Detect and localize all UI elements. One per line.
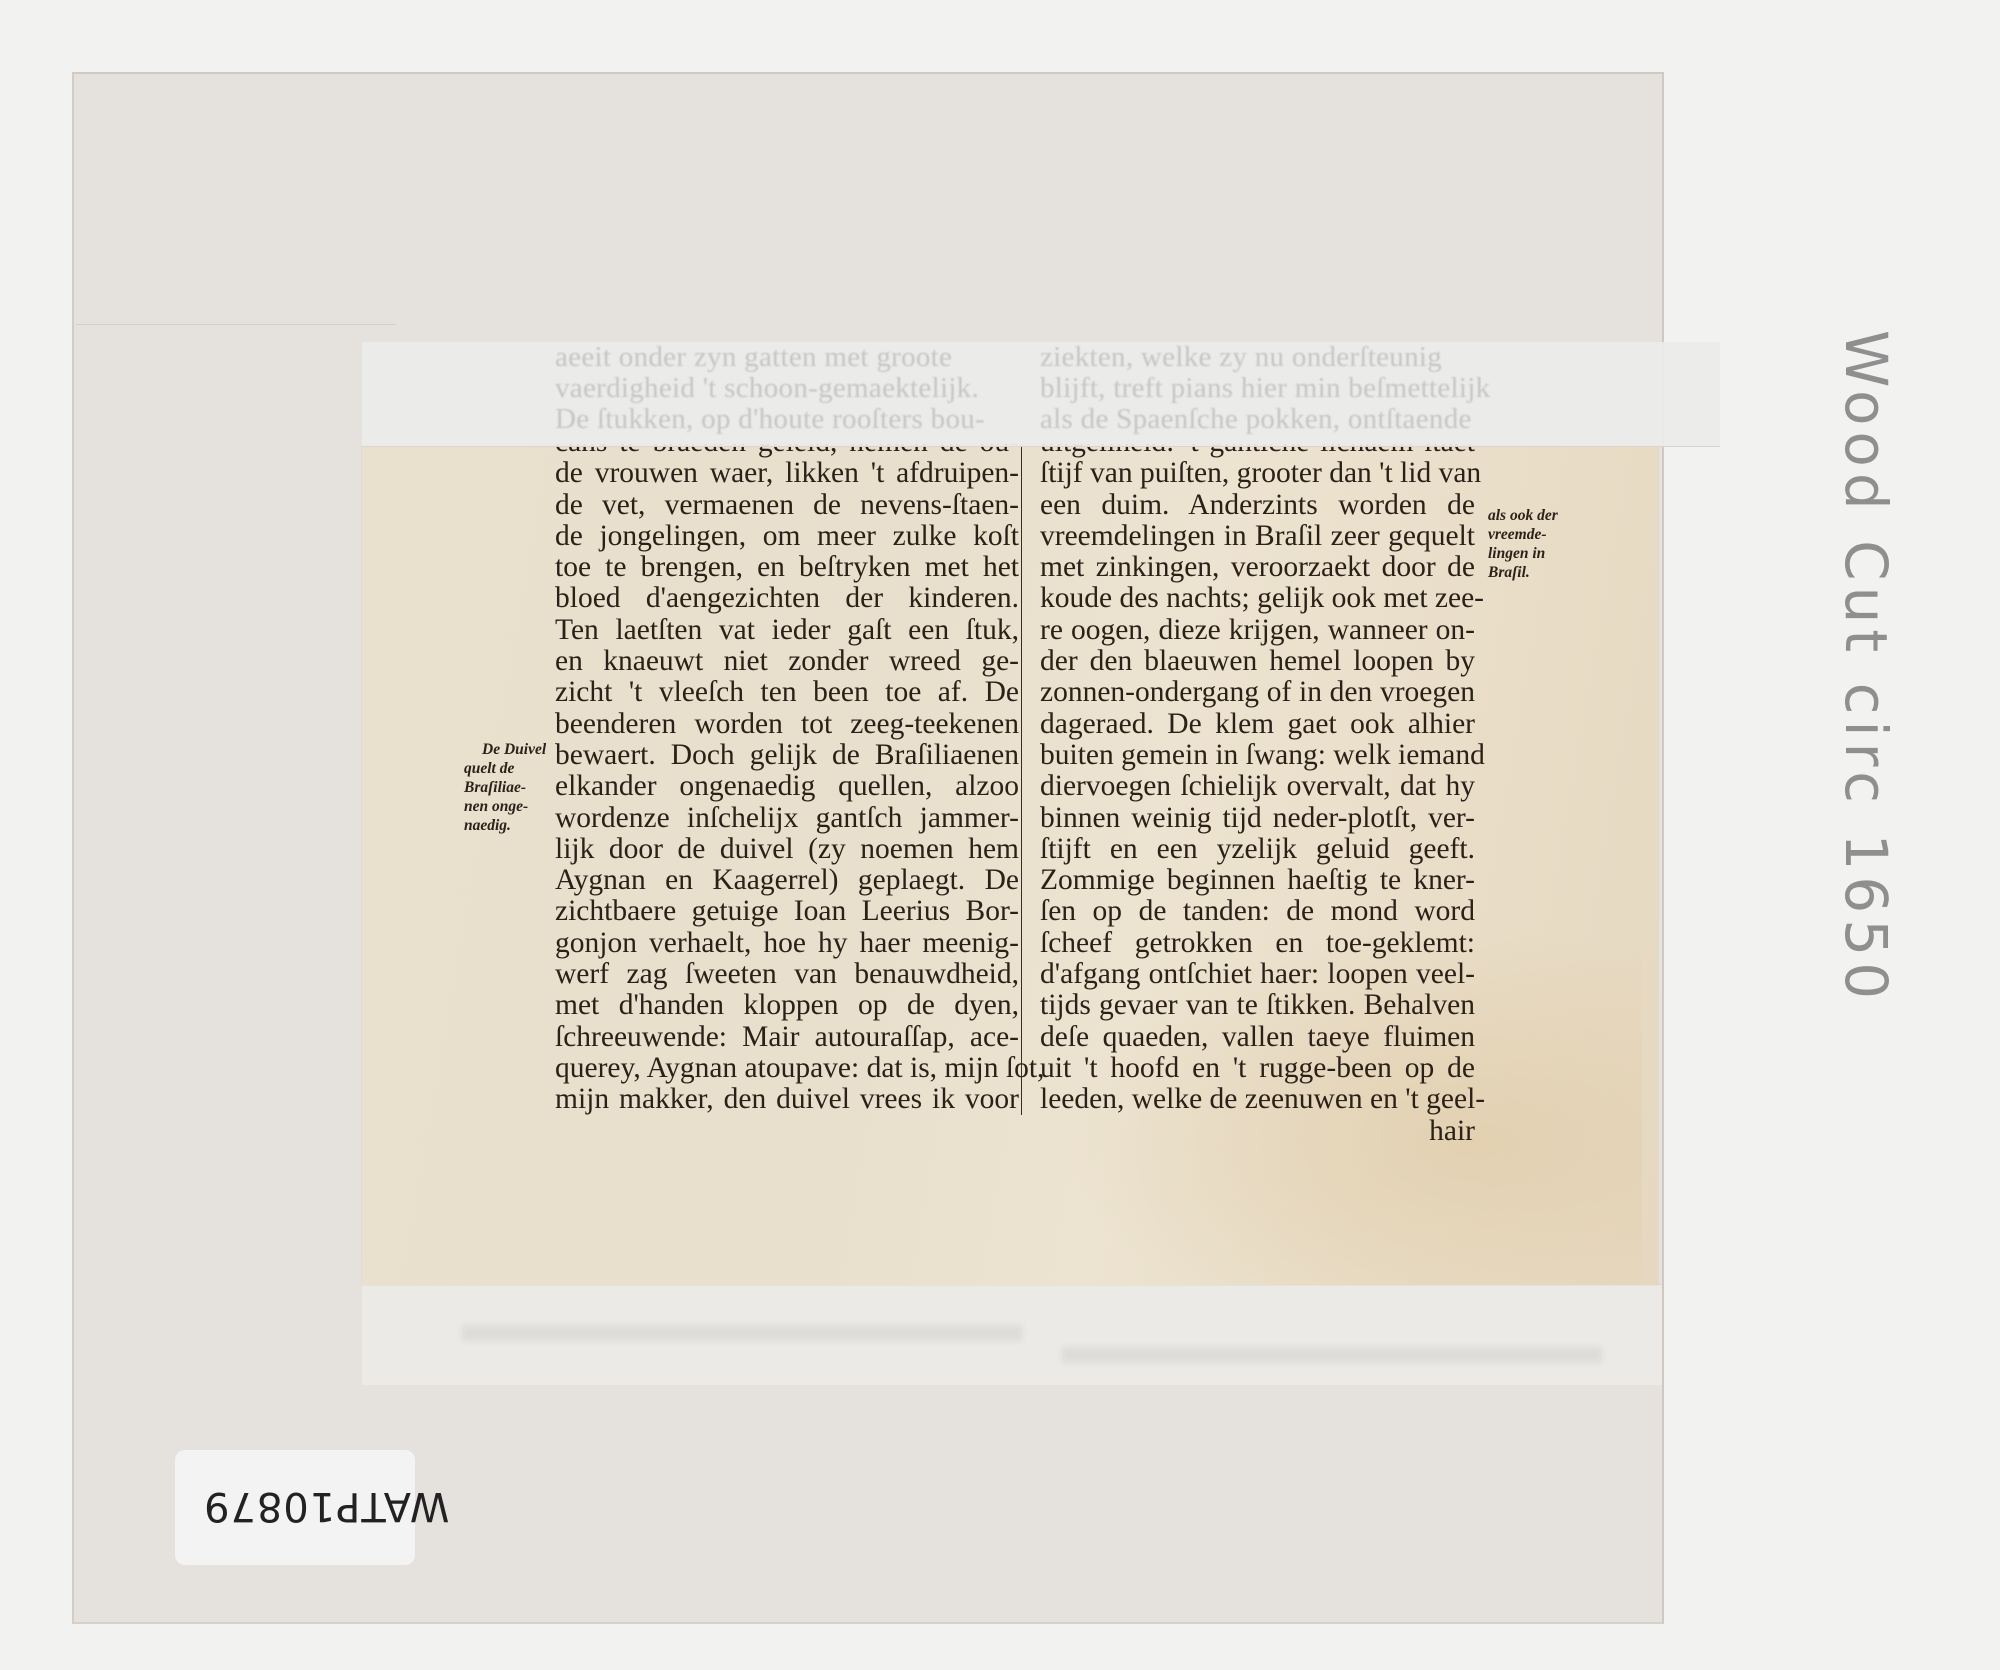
- text-line: tijds gevaer van te ſtikken. Behalven: [1040, 990, 1475, 1021]
- pencil-annotation: Wood Cut circ 1650: [1830, 330, 1900, 1120]
- ghost-line: vaerdigheid 't schoon-gemaektelijk.: [555, 373, 985, 404]
- note-line: nen onge-: [464, 797, 546, 816]
- text-line: binnen weinig tijd neder-plotſt, ver-: [1040, 803, 1475, 834]
- text-line: uit 't hoofd en 't rugge-been op de: [1040, 1053, 1475, 1084]
- text-line: re oogen, dieze krijgen, wanneer on-: [1040, 615, 1475, 646]
- note-line: naedig.: [464, 816, 546, 835]
- text-line: ſen op de tanden: de mond word: [1040, 896, 1475, 927]
- text-line: Aygnan en Kaagerrel) geplaegt. De: [555, 865, 1019, 896]
- text-line: ſtijft en een yzelijk geluid geeft.: [1040, 834, 1475, 865]
- text-line: en knaeuwt niet zonder wreed ge-: [555, 646, 1019, 677]
- bottom-tape-strip: [362, 1284, 1662, 1385]
- text-line: Zommige beginnen haeſtig te kner-: [1040, 865, 1475, 896]
- ghost-text-left: aeeit onder zyn gatten met groote vaerdi…: [555, 342, 985, 435]
- text-line: een duim. Anderzints worden de: [1040, 490, 1475, 521]
- left-text-column: cans te braeden geleid, nemen de ou- de …: [555, 427, 1019, 1116]
- right-marginal-note: als ook der vreemde- lingen in Braſil.: [1488, 506, 1558, 582]
- top-tape-strip: aeeit onder zyn gatten met groote vaerdi…: [362, 342, 1720, 447]
- text-line: ſchreeuwende: Mair autouraſſap, ace-: [555, 1022, 1019, 1053]
- text-line: zonnen-ondergang of in den vroegen: [1040, 677, 1475, 708]
- note-line: Braſiliae-: [464, 778, 546, 797]
- text-line: met zinkingen, veroorzaekt door de: [1040, 552, 1475, 583]
- ghost-line: ziekten, welke zy nu onderſteunig: [1040, 342, 1490, 373]
- text-line: lijk door de duivel (zy noemen hem: [555, 834, 1019, 865]
- inventory-number: WATP10879: [203, 1483, 449, 1529]
- text-line: elkander ongenaedig quellen, alzoo: [555, 771, 1019, 802]
- text-line: de vet, vermaenen de nevens-ſtaen-: [555, 490, 1019, 521]
- text-line: deſe quaeden, vallen taeye fluimen: [1040, 1022, 1475, 1053]
- catchword: hair: [1040, 1116, 1475, 1147]
- text-line: d'afgang ontſchiet haer: loopen veel-: [1040, 959, 1475, 990]
- ghost-line: aeeit onder zyn gatten met groote: [555, 342, 985, 373]
- text-line: wordenze inſchelijx gantſch jammer-: [555, 803, 1019, 834]
- text-line: koude des nachts; gelijk ook met zee-: [1040, 583, 1475, 614]
- right-text-column: uitgeſlheid: 't gantſche lichaem ſtaet ſ…: [1040, 427, 1475, 1147]
- text-line: mijn makker, den duivel vrees ik voor: [555, 1084, 1019, 1115]
- text-line: dageraed. De klem gaet ook alhier: [1040, 709, 1475, 740]
- text-line: met d'handen kloppen op de dyen,: [555, 990, 1019, 1021]
- text-line: der den blaeuwen hemel loopen by: [1040, 646, 1475, 677]
- tape-hinge-mark: [76, 324, 396, 335]
- text-line: werf zag ſweeten van benauwdheid,: [555, 959, 1019, 990]
- text-line: ſtijf van puiſten, grooter dan 't lid va…: [1040, 458, 1475, 489]
- left-marginal-note: De Duivel quelt de Braſiliae- nen onge- …: [464, 740, 546, 835]
- text-line: toe te brengen, en beſtryken met het: [555, 552, 1019, 583]
- text-line: buiten gemein in ſwang: welk iemand: [1040, 740, 1475, 771]
- text-line: bloed d'aengezichten der kinderen.: [555, 583, 1019, 614]
- note-line: als ook der: [1488, 506, 1558, 525]
- text-line: ſcheef getrokken en toe-geklemt:: [1040, 928, 1475, 959]
- note-line: vreemde-: [1488, 525, 1558, 544]
- text-line: vreemdelingen in Braſil zeer gequelt: [1040, 521, 1475, 552]
- note-line: lingen in: [1488, 544, 1558, 563]
- text-line: Ten laetſten vat ieder gaſt een ſtuk,: [555, 615, 1019, 646]
- text-line: querey, Aygnan atoupave: dat is, mijn ſo…: [555, 1053, 1019, 1084]
- note-line: quelt de: [464, 759, 546, 778]
- text-line: bewaert. Doch gelijk de Braſiliaenen: [555, 740, 1019, 771]
- text-line: beenderen worden tot zeeg-teekenen: [555, 709, 1019, 740]
- text-line: de vrouwen waer, likken 't afdruipen-: [555, 458, 1019, 489]
- ghost-text-right: ziekten, welke zy nu onderſteunig blijft…: [1040, 342, 1490, 435]
- ghost-line: De ſtukken, op d'houte rooſters bou-: [555, 404, 985, 435]
- column-divider: [1021, 445, 1022, 1115]
- text-line: leeden, welke de zeenuwen en 't geel-: [1040, 1084, 1475, 1115]
- text-line: gonjon verhaelt, hoe hy haer meenig-: [555, 928, 1019, 959]
- ghost-line: als de Spaenſche pokken, ontſtaende: [1040, 404, 1490, 435]
- inventory-label: WATP10879: [175, 1450, 415, 1565]
- text-line: zichtbaere getuige Ioan Leerius Bor-: [555, 896, 1019, 927]
- text-line: de jongelingen, om meer zulke koſt: [555, 521, 1019, 552]
- ghost-line: blijft, treft pians hier min beſmettelij…: [1040, 373, 1490, 404]
- note-line: De Duivel: [464, 740, 546, 759]
- text-line: zicht 't vleeſch ten been toe af. De: [555, 677, 1019, 708]
- note-line: Braſil.: [1488, 563, 1558, 582]
- text-line: diervoegen ſchielijk overvalt, dat hy: [1040, 771, 1475, 802]
